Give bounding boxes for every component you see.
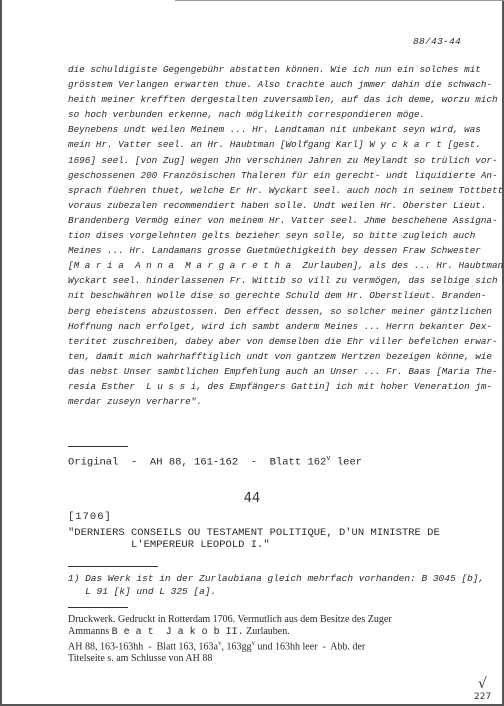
- body-line: berg eheistens abzustossen. Den effect d…: [68, 304, 468, 319]
- footnote-line-1: 1) Das Werk ist in der Zurlaubiana gleic…: [68, 573, 484, 584]
- body-line: das nebst Unser sambtlichen Empfehlung a…: [68, 364, 468, 379]
- title-line-2: L'EMPEREUR LEOPOLD I.": [68, 539, 270, 551]
- footnote: 1) Das Werk ist in der Zurlaubiana gleic…: [68, 572, 484, 598]
- desc-line-3a: AH 88, 163-163hh - Blatt 163, 163a: [68, 641, 218, 652]
- page-reference: 88/43-44: [413, 36, 461, 47]
- body-line: teritet zuschreiben, dabey aber von dems…: [68, 334, 468, 349]
- print-description: Druckwerk. Gedruckt in Rotterdam 1706. V…: [68, 614, 392, 664]
- body-line: ten, damit mich wahrhafftiglich undt von…: [68, 349, 468, 364]
- body-line: geschossenen 200 Französischen Thaleren …: [68, 168, 468, 183]
- desc-line-4: Titelseite s. am Schlusse von AH 88: [68, 653, 212, 664]
- body-line: Beynebens undt weilen Meinem ... Hr. Lan…: [68, 122, 468, 137]
- desc-name-spaced: B e a t J a k o b II.: [112, 627, 244, 638]
- body-line: Hoffnung nach erfolget, wird ich sambt a…: [68, 319, 468, 334]
- body-line: voraus zubezalen recommendiert haben sol…: [68, 198, 468, 213]
- original-source-text: Original - AH 88, 161-162 - Blatt 162: [68, 457, 326, 469]
- page-border-top: [175, 0, 504, 1]
- body-line: die schuldigiste Gegengebühr abstatten k…: [68, 62, 468, 77]
- page-border-left: [0, 0, 2, 706]
- separator-rule: [68, 446, 128, 447]
- body-line: nit beschwähren wolle dise so gerechte S…: [68, 288, 468, 303]
- check-mark-icon: √: [478, 676, 487, 692]
- body-line: Meines ... Hr. Landamans grosse Guetmüet…: [68, 243, 468, 258]
- body-line: Wyckart seel. hinderlassenen Fr. Wittib …: [68, 273, 468, 288]
- body-line: mein Hr. Vatter seel. an Hr. Haubtman [W…: [68, 137, 468, 152]
- description-separator: [68, 607, 128, 608]
- body-line: sprach füehren thuet, welche Er Hr. Wyck…: [68, 183, 468, 198]
- footnote-line-2: L 91 [k] und L 325 [a].: [68, 586, 216, 597]
- desc-line-3b: , 163gg: [222, 641, 252, 652]
- entry-year: [1706]: [68, 511, 112, 523]
- body-line: Brandenberg Vermög einer von meinem Hr. …: [68, 213, 468, 228]
- body-line: merdar zuseyn verharre".: [68, 394, 468, 409]
- entry-number: 44: [0, 491, 504, 506]
- footnote-separator: [68, 566, 158, 567]
- desc-line-2a: Ammanns: [68, 626, 112, 637]
- original-source-suffix: leer: [331, 457, 363, 469]
- body-line: [M a r i a A n n a M a r g a r e t h a Z…: [68, 258, 468, 273]
- letter-body: die schuldigiste Gegengebühr abstatten k…: [68, 62, 468, 409]
- entry-title: "DERNIERS CONSEILS OU TESTAMENT POLITIQU…: [68, 527, 440, 551]
- body-line: resia Esther L u s s i, des Empfängers G…: [68, 379, 468, 394]
- title-line-1: "DERNIERS CONSEILS OU TESTAMENT POLITIQU…: [68, 527, 440, 539]
- desc-line-3c: und 163hh leer - Abb. der: [255, 641, 365, 652]
- desc-line-1: Druckwerk. Gedruckt in Rotterdam 1706. V…: [68, 614, 392, 625]
- body-line: grösstem Verlangen erwarten thue. Also t…: [68, 77, 468, 92]
- original-source-line: Original - AH 88, 161-162 - Blatt 162v l…: [68, 455, 362, 469]
- body-line: 1696] seel. [von Zug] wegen Jhn verschin…: [68, 153, 468, 168]
- handwritten-page-number: 227: [474, 692, 491, 702]
- desc-line-2c: Zurlauben.: [244, 626, 290, 637]
- body-line: tion dises vorgelehnten gelts bezieher s…: [68, 228, 468, 243]
- body-line: heith meiner krefften dergestalten zuver…: [68, 92, 468, 107]
- body-line: so hoch verbunden erkenne, nach möglikei…: [68, 107, 468, 122]
